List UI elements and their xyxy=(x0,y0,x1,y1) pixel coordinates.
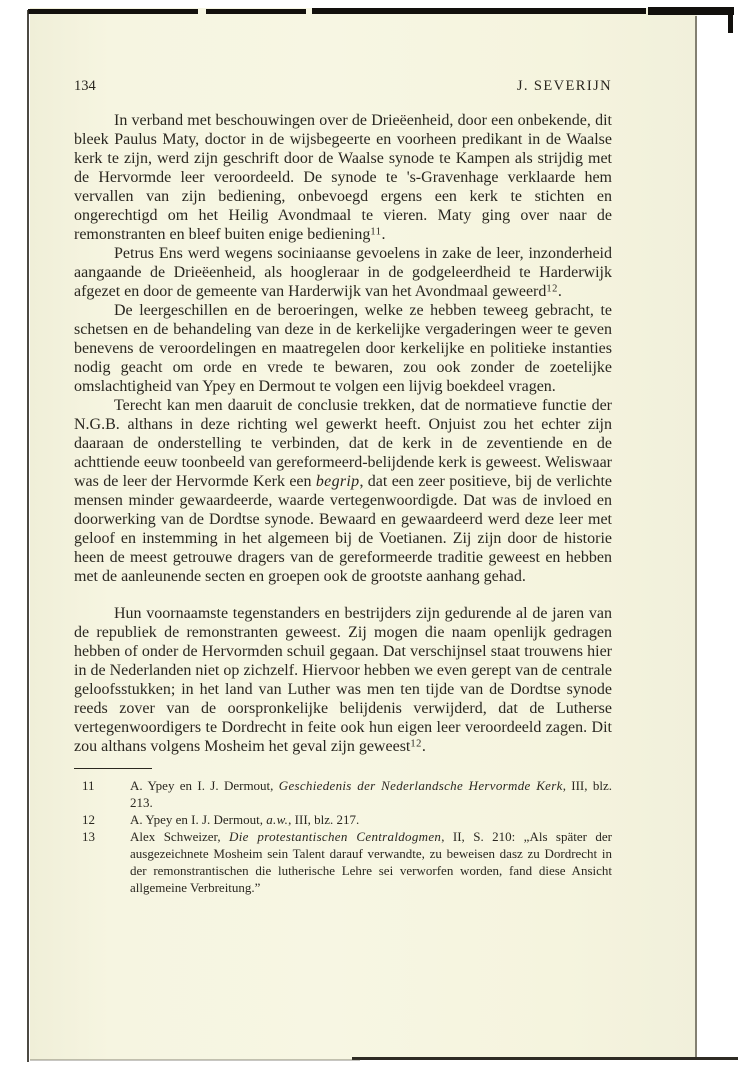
footnote-number: 13 xyxy=(74,828,130,896)
scan-border-bottom-faint-line xyxy=(30,1059,360,1061)
footnote-text: Alex Schweizer, Die protestantischen Cen… xyxy=(130,828,612,896)
paragraph-4: Terecht kan men daaruit de conclusie tre… xyxy=(74,396,612,586)
paragraph-text: . xyxy=(381,226,385,243)
footnote-text: A. Ypey en I. J. Dermout, Geschiedenis d… xyxy=(130,777,612,811)
footnote-separator-rule xyxy=(74,768,152,769)
footnote-citation: Alex Schweizer, xyxy=(130,829,229,844)
footnote-work-title: Geschiedenis der Nederlandsche Hervormde… xyxy=(279,778,563,793)
footnote-13: 13 Alex Schweizer, Die protestantischen … xyxy=(74,828,612,896)
scan-border-right-line xyxy=(695,16,697,1057)
page-content: 134 J. SEVERIJN In verband met beschouwi… xyxy=(74,78,612,896)
paragraph-5: Hun voornaamste tegenstanders en bestrij… xyxy=(74,604,612,756)
paragraph-text: De leergeschillen en de beroeringen, wel… xyxy=(74,302,612,395)
footnote-text: A. Ypey en I. J. Dermout, a.w., III, blz… xyxy=(130,811,612,828)
scanned-book-page: 134 J. SEVERIJN In verband met beschouwi… xyxy=(0,0,738,1068)
italic-term: begrip xyxy=(316,473,360,490)
paragraph-text: . xyxy=(422,738,426,755)
page-number: 134 xyxy=(74,78,96,95)
footnote-citation: A. Ypey en I. J. Dermout, xyxy=(130,812,266,827)
paragraph-text: In verband met beschouwingen over de Dri… xyxy=(74,112,612,243)
scan-border-top-segment xyxy=(206,9,306,14)
paragraph-text: Petrus Ens werd wegens sociniaanse gevoe… xyxy=(74,245,612,300)
paragraph-2: Petrus Ens werd wegens sociniaanse gevoe… xyxy=(74,244,612,301)
scan-border-top-segment xyxy=(312,8,646,14)
page-header: 134 J. SEVERIJN xyxy=(74,78,612,95)
scan-border-corner-stub xyxy=(728,7,733,33)
paragraph-3: De leergeschillen en de beroeringen, wel… xyxy=(74,301,612,396)
scan-border-left-line xyxy=(27,10,29,1062)
body-text: In verband met beschouwingen over de Dri… xyxy=(74,111,612,896)
footnote-number: 12 xyxy=(74,811,130,828)
footnote-citation: A. Ypey en I. J. Dermout, xyxy=(130,778,279,793)
footnotes-section: 11 A. Ypey en I. J. Dermout, Geschiedeni… xyxy=(74,777,612,896)
running-title: J. SEVERIJN xyxy=(517,78,612,95)
footnote-12: 12 A. Ypey en I. J. Dermout, a.w., III, … xyxy=(74,811,612,828)
footnote-work-title: a.w. xyxy=(266,812,288,827)
paragraph-text: . xyxy=(558,283,562,300)
footnote-work-title: Die protestantischen Centraldogmen xyxy=(229,829,441,844)
footnote-ref-11: 11 xyxy=(370,227,381,238)
footnote-11: 11 A. Ypey en I. J. Dermout, Geschiedeni… xyxy=(74,777,612,811)
paragraph-1: In verband met beschouwingen over de Dri… xyxy=(74,111,612,244)
footnote-ref-12: 12 xyxy=(410,739,422,750)
footnote-citation: , III, blz. 217. xyxy=(288,812,359,827)
scan-border-top-segment xyxy=(28,9,198,14)
scan-border-bottom-line xyxy=(352,1057,738,1060)
paragraph-text: Hun voornaamste tegenstanders en bestrij… xyxy=(74,605,612,755)
footnote-number: 11 xyxy=(74,777,130,811)
scan-border-top-segment xyxy=(648,7,734,15)
footnote-ref-12: 12 xyxy=(546,284,558,295)
